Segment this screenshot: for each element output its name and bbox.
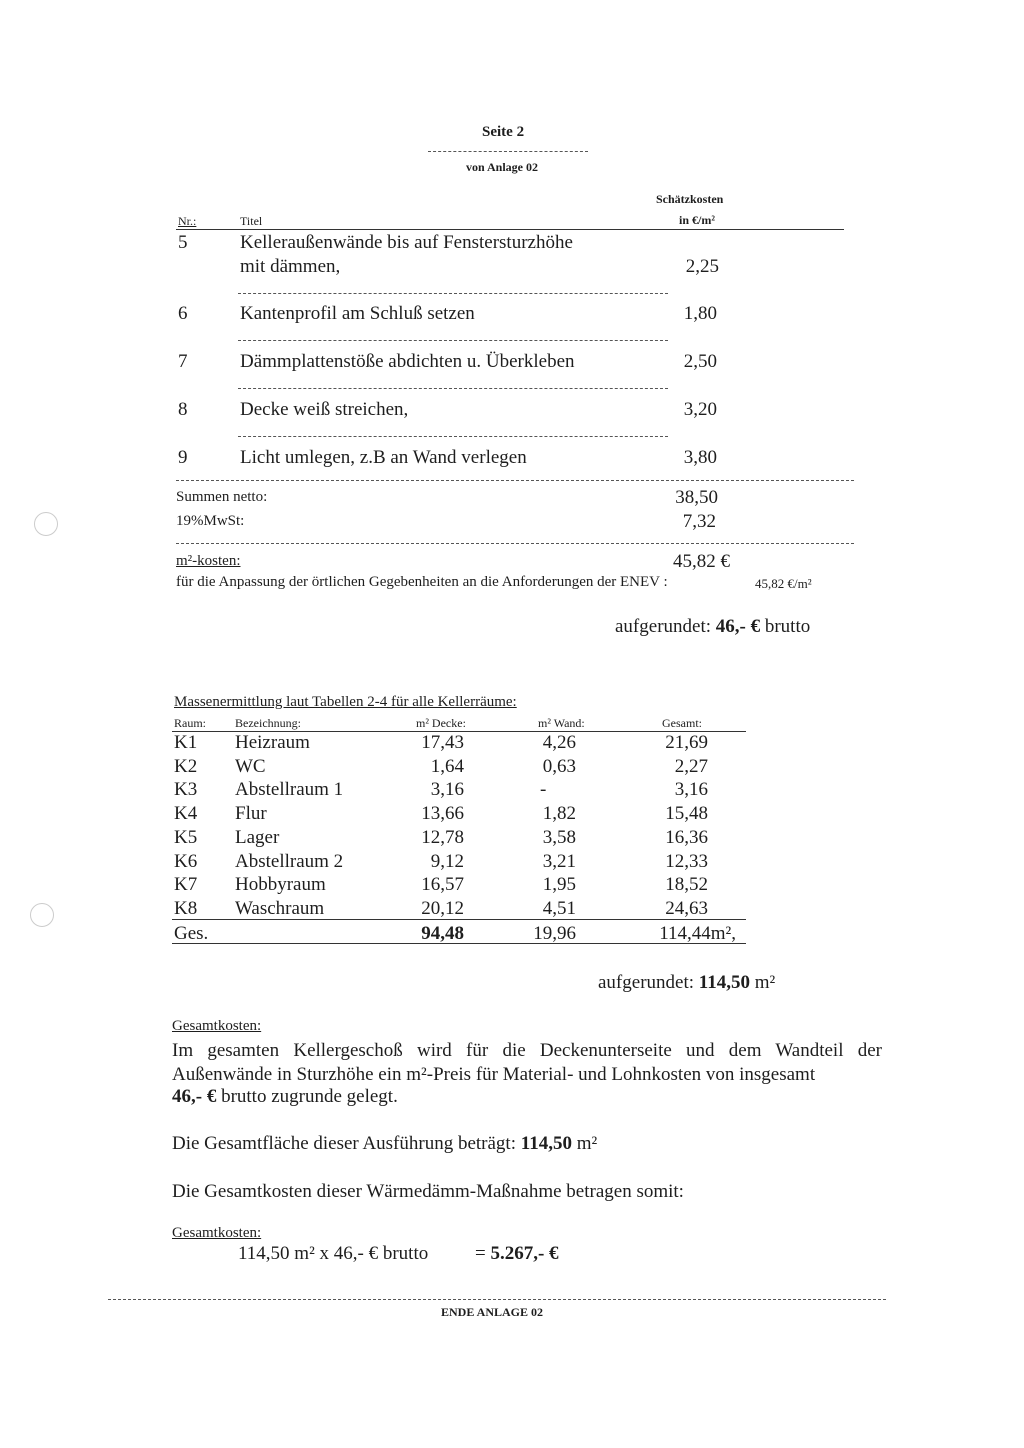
cell-decke: 17,43 (380, 732, 464, 754)
footer-divider (108, 1299, 886, 1300)
item-nr: 7 (178, 351, 188, 373)
item-title: Kelleraußenwände bis auf Fenstersturzhöh… (240, 232, 573, 254)
section-divider (176, 480, 854, 481)
rounded-value: 46,- € (716, 616, 760, 637)
item-title: Dämmplattenstöße abdichten u. Überkleben (240, 351, 575, 373)
calc-expression: 114,50 m² x 46,- € brutto (238, 1243, 428, 1265)
col-title-header: Titel (240, 214, 262, 229)
net-sum-value: 38,50 (640, 487, 718, 509)
summary-price: 46,- € (172, 1086, 216, 1107)
item-nr: 6 (178, 303, 188, 325)
cell-gesamt: 16,36 (620, 827, 708, 849)
area-value: 114,50 (521, 1133, 572, 1154)
cell-gesamt: 15,48 (620, 803, 708, 825)
cell-name: Hobbyraum (235, 874, 326, 896)
cell-raum: K7 (174, 874, 197, 896)
cell-gesamt: 3,16 (620, 779, 708, 801)
calc-result: = 5.267,- € (475, 1243, 559, 1265)
m2-cost-label: m²-kosten: (176, 553, 241, 570)
enev-text: für die Anpassung der örtlichen Gegebenh… (176, 574, 668, 591)
cell-wand: - (500, 779, 576, 801)
item-nr: 8 (178, 399, 188, 421)
summary-para-3: 46,- € brutto zugrunde gelegt. (172, 1086, 398, 1108)
cell-decke: 12,78 (380, 827, 464, 849)
col-nr-header: Nr.: (178, 214, 196, 229)
col-gesamt: Gesamt: (662, 716, 702, 731)
mass-table-title: Massenermittlung laut Tabellen 2-4 für a… (174, 694, 517, 711)
item-title: Licht umlegen, z.B an Wand verlegen (240, 447, 527, 469)
page-number: Seite 2 (482, 124, 524, 141)
col-decke: m² Decke: (416, 716, 466, 731)
end-label: ENDE ANLAGE 02 (441, 1305, 543, 1320)
cell-name: Heizraum (235, 732, 310, 754)
summary-para-2: Außenwände in Sturzhöhe ein m²-Preis für… (172, 1064, 815, 1086)
rounded-area-value: 114,50 (699, 972, 750, 993)
cell-wand: 1,95 (500, 874, 576, 896)
total-underline (172, 943, 746, 944)
item-title-cont: mit dämmen, (240, 256, 340, 278)
cell-wand: 0,63 (500, 756, 576, 778)
cell-decke: 16,57 (380, 874, 464, 896)
m2-cost-value: 45,82 € (640, 551, 730, 573)
net-sum-label: Summen netto: (176, 489, 267, 506)
header-divider (428, 151, 588, 152)
cell-wand: 4,51 (500, 898, 576, 920)
col-raum: Raum: (174, 716, 206, 731)
k8-underline (172, 919, 746, 920)
item-nr: 5 (178, 232, 188, 254)
cell-name: Waschraum (235, 898, 324, 920)
cell-name: Abstellraum 2 (235, 851, 343, 873)
cell-raum: K2 (174, 756, 197, 778)
summary-price-rest: brutto zugrunde gelegt. (221, 1086, 398, 1107)
cost-column-unit: in €/m² (679, 213, 715, 228)
total-decke: 94,48 (380, 923, 464, 945)
cell-gesamt: 12,33 (620, 851, 708, 873)
punch-hole-bottom (30, 903, 54, 927)
area-sentence: Die Gesamtfläche dieser Ausführung beträ… (172, 1133, 597, 1155)
row-divider (238, 293, 668, 294)
cell-raum: K5 (174, 827, 197, 849)
cell-gesamt: 18,52 (620, 874, 708, 896)
item-cost: 3,20 (640, 399, 717, 421)
cell-decke: 20,12 (380, 898, 464, 920)
summary-heading-2: Gesamtkosten: (172, 1225, 261, 1242)
vat-value: 7,32 (640, 511, 716, 533)
total-gesamt: 114,44m², (620, 923, 736, 945)
cost-sentence: Die Gesamtkosten dieser Wärmedämm-Maßnah… (172, 1181, 684, 1203)
total-wand: 19,96 (500, 923, 576, 945)
rounded-price: aufgerundet: 46,- € brutto (615, 616, 810, 638)
annex-label: von Anlage 02 (466, 160, 538, 175)
cell-raum: K4 (174, 803, 197, 825)
rounded-area-prefix: aufgerundet: (598, 972, 694, 993)
summary-para-1: Im gesamten Kellergeschoß wird für die D… (172, 1040, 882, 1062)
cell-gesamt: 21,69 (620, 732, 708, 754)
section-divider (176, 543, 854, 544)
cell-raum: K6 (174, 851, 197, 873)
cell-raum: K1 (174, 732, 197, 754)
row-divider (238, 340, 668, 341)
item-title: Decke weiß streichen, (240, 399, 408, 421)
cell-raum: K3 (174, 779, 197, 801)
cell-decke: 13,66 (380, 803, 464, 825)
item-cost: 1,80 (640, 303, 717, 325)
vat-label: 19%MwSt: (176, 513, 244, 530)
col-bezeichnung: Bezeichnung: (235, 716, 301, 731)
cell-wand: 3,58 (500, 827, 576, 849)
calc-equals: = (475, 1243, 486, 1264)
header-rule (176, 229, 844, 230)
cell-wand: 1,82 (500, 803, 576, 825)
cell-name: Abstellraum 1 (235, 779, 343, 801)
calc-result-value: 5.267,- € (490, 1243, 558, 1264)
rounded-prefix: aufgerundet: (615, 616, 711, 637)
cell-name: Flur (235, 803, 267, 825)
row-divider (238, 436, 668, 437)
cell-name: Lager (235, 827, 279, 849)
cell-gesamt: 24,63 (620, 898, 708, 920)
item-nr: 9 (178, 447, 188, 469)
cell-wand: 3,21 (500, 851, 576, 873)
rounded-suffix: brutto (765, 616, 810, 637)
rounded-area: aufgerundet: 114,50 m² (598, 972, 775, 994)
rounded-area-unit: m² (755, 972, 775, 993)
total-raum: Ges. (174, 923, 208, 945)
item-cost: 2,25 (640, 256, 719, 278)
punch-hole-top (34, 512, 58, 536)
item-cost: 3,80 (640, 447, 717, 469)
cell-name: WC (235, 756, 266, 778)
item-title: Kantenprofil am Schluß setzen (240, 303, 475, 325)
item-cost: 2,50 (640, 351, 717, 373)
cell-decke: 3,16 (380, 779, 464, 801)
summary-heading: Gesamtkosten: (172, 1018, 261, 1035)
cell-decke: 9,12 (380, 851, 464, 873)
cell-raum: K8 (174, 898, 197, 920)
cell-decke: 1,64 (380, 756, 464, 778)
cell-wand: 4,26 (500, 732, 576, 754)
area-unit: m² (577, 1133, 597, 1154)
cell-gesamt: 2,27 (620, 756, 708, 778)
row-divider (238, 388, 668, 389)
cost-column-title: Schätzkosten (656, 192, 723, 207)
col-wand: m² Wand: (538, 716, 585, 731)
area-text: Die Gesamtfläche dieser Ausführung beträ… (172, 1133, 516, 1154)
enev-value: 45,82 €/m² (755, 576, 812, 592)
